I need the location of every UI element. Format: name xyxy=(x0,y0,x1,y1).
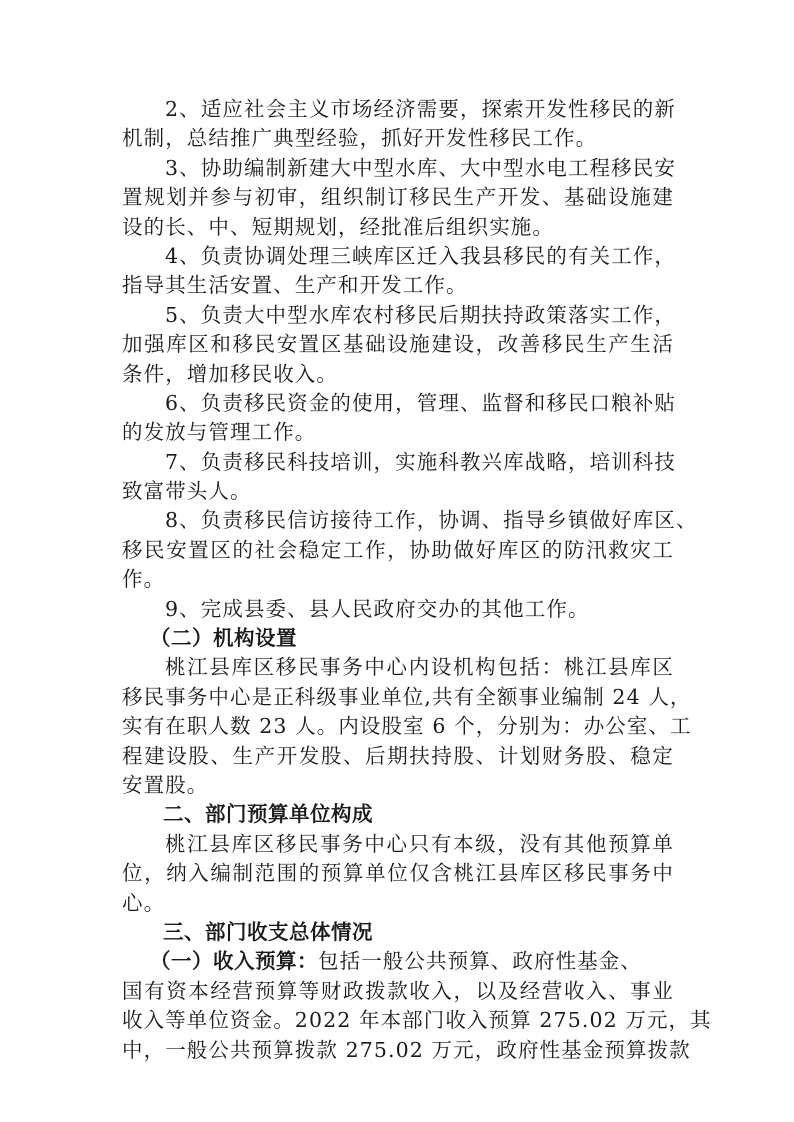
section-heading-budget-units: 二、部门预算单位构成 xyxy=(122,800,674,829)
section-heading-institution-setup: （二）机构设置 xyxy=(122,624,674,653)
paragraph-item-6-line-2: 的发放与管理工作。 xyxy=(122,418,674,447)
income-budget-text: 包括一般公共预算、政府性基金、 xyxy=(318,949,642,973)
paragraph-item-3-line-1: 3、协助编制新建大中型水库、大中型水电工程移民安 xyxy=(122,154,674,183)
income-budget-label: （一）收入预算： xyxy=(150,949,318,973)
paragraph-income-budget-line-3: 收入等单位资金。2022 年本部门收入预算 275.02 万元，其 xyxy=(122,1006,674,1035)
paragraph-institution-line-1: 桃江县库区移民事务中心内设机构包括：桃江县库区 xyxy=(122,653,674,682)
paragraph-item-5-line-3: 条件，增加移民收入。 xyxy=(122,360,674,389)
paragraph-item-8-line-2: 移民安置区的社会稳定工作，协助做好库区的防汛救灾工 xyxy=(122,536,674,565)
paragraph-institution-line-2: 移民事务中心是正科级事业单位,共有全额事业编制 24 人， xyxy=(122,683,674,712)
paragraph-item-3-line-3: 设的长、中、短期规划，经批准后组织实施。 xyxy=(122,213,674,242)
paragraph-item-3-line-2: 置规划并参与初审，组织制订移民生产开发、基础设施建 xyxy=(122,183,674,212)
paragraph-item-9: 9、完成县委、县人民政府交办的其他工作。 xyxy=(122,595,674,624)
paragraph-item-8-line-3: 作。 xyxy=(122,565,674,594)
paragraph-income-budget-line-2: 国有资本经营预算等财政拨款收入，以及经营收入、事业 xyxy=(122,977,674,1006)
paragraph-item-7-line-1: 7、负责移民科技培训，实施科教兴库战略，培训科技 xyxy=(122,448,674,477)
paragraph-item-2-line-1: 2、适应社会主义市场经济需要，探索开发性移民的新 xyxy=(122,95,674,124)
paragraph-institution-line-4: 程建设股、生产开发股、后期扶持股、计划财务股、稳定 xyxy=(122,742,674,771)
paragraph-income-budget-line-1: （一）收入预算：包括一般公共预算、政府性基金、 xyxy=(122,947,674,976)
document-page: 2、适应社会主义市场经济需要，探索开发性移民的新 机制，总结推广典型经验，抓好开… xyxy=(122,95,674,1065)
paragraph-institution-line-3: 实有在职人数 23 人。内设股室 6 个，分别为：办公室、工 xyxy=(122,712,674,741)
section-heading-revenue-expenditure: 三、部门收支总体情况 xyxy=(122,918,674,947)
paragraph-item-4-line-1: 4、负责协调处理三峡库区迁入我县移民的有关工作， xyxy=(122,242,674,271)
paragraph-income-budget-line-4: 中，一般公共预算拨款 275.02 万元，政府性基金预算拨款 xyxy=(122,1036,674,1065)
paragraph-item-6-line-1: 6、负责移民资金的使用，管理、监督和移民口粮补贴 xyxy=(122,389,674,418)
paragraph-item-5-line-1: 5、负责大中型水库农村移民后期扶持政策落实工作， xyxy=(122,301,674,330)
paragraph-budget-units-line-1: 桃江县库区移民事务中心只有本级，没有其他预算单 xyxy=(122,830,674,859)
paragraph-item-4-line-2: 指导其生活安置、生产和开发工作。 xyxy=(122,271,674,300)
paragraph-item-5-line-2: 加强库区和移民安置区基础设施建设，改善移民生产生活 xyxy=(122,330,674,359)
paragraph-item-2-line-2: 机制，总结推广典型经验，抓好开发性移民工作。 xyxy=(122,124,674,153)
paragraph-institution-line-5: 安置股。 xyxy=(122,771,674,800)
paragraph-budget-units-line-2: 位，纳入编制范围的预算单位仅含桃江县库区移民事务中 xyxy=(122,859,674,888)
paragraph-item-7-line-2: 致富带头人。 xyxy=(122,477,674,506)
paragraph-budget-units-line-3: 心。 xyxy=(122,889,674,918)
paragraph-item-8-line-1: 8、负责移民信访接待工作，协调、指导乡镇做好库区、 xyxy=(122,506,674,535)
